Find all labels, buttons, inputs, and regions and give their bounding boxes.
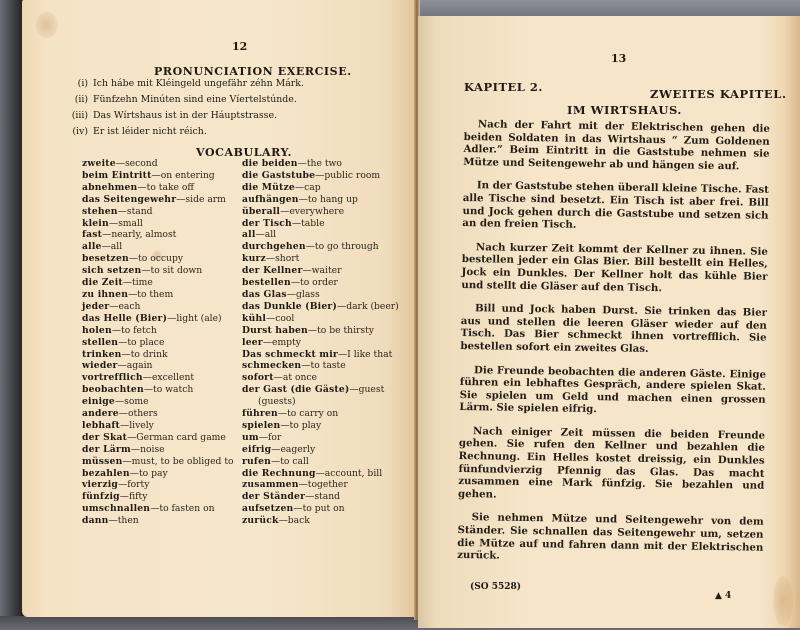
vocab-german: stehen (82, 206, 118, 217)
vocab-english: waiter (312, 265, 342, 276)
vocab-english: to go through (315, 241, 379, 252)
vocab-german: vortrefflich (82, 372, 143, 383)
story-text: Nach der Fahrt mit der Elektrischen gehe… (457, 118, 770, 578)
vocab-entry: der Lärm—noise (82, 444, 234, 456)
vocab-separator: — (143, 372, 152, 383)
vocab-english: together (308, 479, 348, 490)
story-paragraph: Sie nehmen Mütze und Seitengewehr von de… (457, 511, 764, 566)
vocab-separator: — (349, 384, 358, 395)
vocab-english-continued: (guests) (242, 396, 399, 408)
vocab-entry: der Gast (die Gäste)—guest(guests) (242, 384, 399, 408)
vocab-entry: rufen—to call (242, 456, 399, 468)
vocab-german: fünfzig (82, 491, 120, 502)
vocab-entry: Das schmeckt mir—I like that (242, 349, 399, 361)
vocabulary-column-1: zweite—secondbeim Eintritt—on enteringab… (82, 158, 234, 527)
vocab-separator: — (109, 218, 118, 229)
vocab-separator: — (302, 265, 311, 276)
vocab-english: time (132, 277, 153, 288)
vocab-entry: eifrig—eagerly (242, 444, 399, 456)
vocab-separator: — (115, 396, 124, 407)
story-paragraph: Nach der Fahrt mit der Elektrischen gehe… (463, 118, 770, 173)
vocab-separator: — (118, 479, 127, 490)
vocab-german: führen (242, 408, 278, 419)
vocab-entry: die Gaststube—public room (242, 170, 399, 182)
vocab-german: aufhängen (242, 194, 299, 205)
vocab-entry: spielen—to play (242, 420, 399, 432)
vocab-entry: das Dunkle (Bier)—dark (beer) (242, 301, 399, 313)
vocab-english: to put on (303, 503, 345, 514)
vocab-entry: der Skat—German card game (82, 432, 234, 444)
vocab-english: table (301, 218, 324, 229)
vocab-separator: — (291, 277, 300, 288)
vocab-english: to call (280, 456, 309, 467)
vocab-separator: — (152, 170, 161, 181)
vocab-german: schmecken (242, 360, 301, 371)
vocab-german: jeder (82, 301, 109, 312)
vocab-separator: — (274, 372, 283, 383)
vocab-english: to taste (311, 360, 346, 371)
vocab-entry: dann—then (82, 515, 234, 527)
vocab-english: to hang up (308, 194, 358, 205)
vocab-german: Durst haben (242, 325, 308, 336)
vocab-separator: — (118, 337, 127, 348)
vocab-entry: bezahlen—to pay (82, 468, 234, 480)
vocab-german: müssen (82, 456, 122, 467)
exercise-number: (ii) (66, 92, 88, 108)
vocab-entry: vortrefflich—excellent (82, 372, 234, 384)
vocab-separator: — (305, 491, 314, 502)
vocab-entry: aufsetzen—to put on (242, 503, 399, 515)
vocab-entry: beobachten—to watch (82, 384, 234, 396)
vocab-english: nearly, almost (111, 229, 176, 240)
vocab-german: die Mütze (242, 182, 295, 193)
vocab-entry: Durst haben—to be thirsty (242, 325, 399, 337)
left-page-number: 12 (232, 40, 247, 53)
backdrop-left (0, 0, 24, 630)
vocab-entry: fast—nearly, almost (82, 229, 234, 241)
exercise-item: (ii) Fünfzehn Minúten sind eine Víertels… (66, 92, 386, 108)
story-title: IM WIRTSHAUS. (567, 103, 682, 117)
vocab-separator: — (287, 289, 296, 300)
vocab-english: cap (304, 182, 321, 193)
vocab-english: to fasten on (159, 503, 214, 514)
vocab-separator: — (120, 491, 129, 502)
vocab-separator: — (109, 515, 118, 526)
vocab-separator: — (144, 384, 153, 395)
vocab-separator: — (128, 289, 137, 300)
vocab-german: aufsetzen (242, 503, 293, 514)
vocab-entry: andere—others (82, 408, 234, 420)
vocab-entry: jeder—each (82, 301, 234, 313)
exercise-text: Ich hábe mit Kléingeld ungefähr zéhn Már… (93, 76, 304, 92)
signature-mark: ▲ 4 (715, 591, 731, 601)
vocab-separator: — (337, 301, 346, 312)
vocab-english: forty (127, 479, 149, 490)
vocab-entry: zusammen—together (242, 479, 399, 491)
vocab-entry: bestellen—to order (242, 277, 399, 289)
vocab-separator: — (118, 206, 127, 217)
vocab-english: for (268, 432, 281, 443)
right-page-number: 13 (611, 52, 626, 65)
vocab-entry: führen—to carry on (242, 408, 399, 420)
vocab-german: eifrig (242, 444, 271, 455)
print-code: (SO 5528) (470, 582, 521, 592)
vocab-entry: die Mütze—cap (242, 182, 399, 194)
vocab-separator: — (127, 432, 136, 443)
vocab-entry: die Rechnung—account, bill (242, 468, 399, 480)
vocab-german: spielen (242, 420, 280, 431)
vocab-english: to order (300, 277, 338, 288)
vocab-english: to pay (139, 468, 168, 479)
exercise-item: (iv) Er ist léider nicht réich. (66, 124, 386, 140)
vocab-entry: abnehmen—to take off (82, 182, 234, 194)
vocab-separator: — (141, 265, 150, 276)
vocab-entry: holen—to fetch (82, 325, 234, 337)
vocab-separator: — (150, 503, 159, 514)
vocab-separator: — (298, 158, 307, 169)
vocab-separator: — (259, 432, 268, 443)
vocab-german: sofort (242, 372, 274, 383)
vocab-separator: — (316, 468, 325, 479)
exercise-text: Fünfzehn Minúten sind eine Víertelstúnde… (93, 92, 297, 108)
story-paragraph: Nach kurzer Zeit kommt der Kellner zu ih… (461, 241, 768, 296)
vocab-english: fifty (129, 491, 147, 502)
vocab-english: back (288, 515, 310, 526)
vocab-entry: kurz—short (242, 253, 399, 265)
vocab-separator: — (130, 468, 139, 479)
vocab-english: to occupy (138, 253, 183, 264)
vocab-separator: — (122, 349, 131, 360)
vocab-separator: — (256, 229, 265, 240)
vocab-german: die beiden (242, 158, 298, 169)
vocab-german: klein (82, 218, 109, 229)
vocab-entry: kühl—cool (242, 313, 399, 325)
vocab-separator: — (315, 170, 324, 181)
vocab-english: to watch (153, 384, 193, 395)
vocab-german: einige (82, 396, 115, 407)
vocab-english: stand (314, 491, 340, 502)
vocab-separator: — (292, 218, 301, 229)
chapter-label: KAPITEL 2. (464, 80, 543, 94)
vocab-german: bezahlen (82, 468, 130, 479)
vocab-separator: — (295, 182, 304, 193)
vocab-german: dann (82, 515, 109, 526)
vocab-english: at once (283, 372, 317, 383)
vocab-german: durchgehen (242, 241, 306, 252)
vocab-entry: sich setzen—to sit down (82, 265, 234, 277)
exercise-text: Das Wírtshaus ist in der Háuptstrasse. (93, 108, 277, 124)
pronunciation-exercise-list: (i) Ich hábe mit Kléingeld ungefähr zéhn… (66, 76, 386, 140)
vocab-german: der Kellner (242, 265, 302, 276)
vocab-german: lebhaft (82, 420, 120, 431)
vocab-english: light (ale) (176, 313, 221, 324)
vocab-german: der Skat (82, 432, 127, 443)
vocab-german: der Ständer (242, 491, 305, 502)
vocab-german: trinken (82, 349, 122, 360)
vocab-english: empty (272, 337, 301, 348)
exercise-number: (iii) (66, 108, 88, 124)
vocab-english: to drink (131, 349, 168, 360)
vocab-english: to place (127, 337, 164, 348)
vocab-german: der Tisch (242, 218, 292, 229)
vocab-separator: — (271, 456, 280, 467)
vocab-german: beim Eintritt (82, 170, 152, 181)
vocab-english: some (124, 396, 148, 407)
vocab-english: then (118, 515, 139, 526)
vocab-separator: — (167, 313, 176, 324)
vocab-english: to be thirsty (317, 325, 374, 336)
vocab-separator: — (116, 158, 125, 169)
vocab-german: umschnallen (82, 503, 150, 514)
chapter-german-title: ZWEITES KAPITEL. (650, 87, 787, 101)
vocab-entry: aufhängen—to hang up (242, 194, 399, 206)
paper-stain (36, 12, 58, 38)
vocab-english: everywhere (289, 206, 344, 217)
vocab-german: bestellen (242, 277, 291, 288)
vocab-german: abnehmen (82, 182, 137, 193)
vocab-separator: — (338, 349, 347, 360)
vocab-german: wieder (82, 360, 118, 371)
vocab-english: the two (307, 158, 342, 169)
vocab-separator: — (102, 241, 111, 252)
vocab-separator: — (131, 444, 140, 455)
vocab-german: überall (242, 206, 280, 217)
vocab-entry: lebhaft—lively (82, 420, 234, 432)
vocab-german: alle (82, 241, 102, 252)
vocab-german: vierzig (82, 479, 118, 490)
vocab-german: der Lärm (82, 444, 131, 455)
vocab-english: to carry on (287, 408, 338, 419)
vocab-english: all (265, 229, 276, 240)
vocab-german: der Gast (die Gäste) (242, 384, 349, 395)
vocab-entry: besetzen—to occupy (82, 253, 234, 265)
vocab-english: eagerly (280, 444, 315, 455)
vocab-english: side arm (185, 194, 225, 205)
vocab-separator: — (120, 420, 129, 431)
vocab-entry: der Tisch—table (242, 218, 399, 230)
vocab-english: lively (129, 420, 154, 431)
vocab-entry: all—all (242, 229, 399, 241)
vocab-entry: trinken—to drink (82, 349, 234, 361)
vocab-separator: — (308, 325, 317, 336)
vocab-english: others (128, 408, 158, 419)
vocab-german: kurz (242, 253, 266, 264)
paper-stain (773, 576, 793, 626)
vocab-german: fast (82, 229, 102, 240)
vocab-entry: schmecken—to taste (242, 360, 399, 372)
exercise-item: (i) Ich hábe mit Kléingeld ungefähr zéhn… (66, 76, 386, 92)
vocab-entry: das Seitengewehr—side arm (82, 194, 234, 206)
vocab-german: zusammen (242, 479, 299, 490)
vocab-english: glass (296, 289, 320, 300)
vocab-german: die Zeit (82, 277, 123, 288)
vocab-separator: — (137, 182, 146, 193)
vocab-english: to take off (147, 182, 194, 193)
vocab-separator: — (299, 479, 308, 490)
vocab-german: zurück (242, 515, 279, 526)
vocab-german: das Dunkle (Bier) (242, 301, 337, 312)
vocab-english: all (111, 241, 122, 252)
vocab-separator: — (129, 253, 138, 264)
vocab-german: das Seitengewehr (82, 194, 176, 205)
vocab-english: to play (290, 420, 322, 431)
vocab-entry: sofort—at once (242, 372, 399, 384)
vocab-english: account, bill (325, 468, 382, 479)
vocab-entry: zweite—second (82, 158, 234, 170)
vocab-entry: das Glas—glass (242, 289, 399, 301)
vocab-separator: — (280, 206, 289, 217)
vocab-entry: einige—some (82, 396, 234, 408)
vocab-separator: — (293, 503, 302, 514)
vocab-german: leer (242, 337, 263, 348)
vocab-german: zu ihnen (82, 289, 128, 300)
vocab-english: second (125, 158, 158, 169)
vocab-english: on entering (161, 170, 215, 181)
vocab-entry: stehen—stand (82, 206, 234, 218)
vocab-entry: müssen—must, to be obliged to (82, 456, 234, 468)
vocab-entry: umschnallen—to fasten on (82, 503, 234, 515)
vocab-separator: — (278, 408, 287, 419)
vocab-separator: — (279, 515, 288, 526)
vocab-english: guest (359, 384, 385, 395)
vocab-english: German card game (136, 432, 226, 443)
vocab-entry: alle—all (82, 241, 234, 253)
vocab-german: sich setzen (82, 265, 141, 276)
exercise-item: (iii) Das Wírtshaus ist in der Háuptstra… (66, 108, 386, 124)
vocab-german: kühl (242, 313, 266, 324)
vocab-german: rufen (242, 456, 271, 467)
vocab-english: cool (275, 313, 294, 324)
vocab-english: to fetch (121, 325, 157, 336)
vocab-separator: — (263, 337, 272, 348)
exercise-number: (iv) (66, 124, 88, 140)
exercise-text: Er ist léider nicht réich. (93, 124, 207, 140)
vocab-separator: — (112, 325, 121, 336)
vocab-german: zweite (82, 158, 116, 169)
story-paragraph: Nach einiger Zeit müssen die beiden Freu… (458, 425, 765, 505)
vocab-entry: durchgehen—to go through (242, 241, 399, 253)
vocab-english: each (118, 301, 140, 312)
vocab-entry: um—for (242, 432, 399, 444)
vocab-english: I like that (347, 349, 392, 360)
vocab-separator: — (266, 313, 275, 324)
vocab-entry: leer—empty (242, 337, 399, 349)
vocab-german: besetzen (82, 253, 129, 264)
vocab-english: noise (140, 444, 165, 455)
vocab-english: excellent (152, 372, 194, 383)
vocab-separator: — (102, 229, 111, 240)
vocab-entry: die Zeit—time (82, 277, 234, 289)
vocab-german: holen (82, 325, 112, 336)
vocab-separator: — (122, 456, 131, 467)
vocab-english: to sit down (151, 265, 203, 276)
vocab-english: again (127, 360, 153, 371)
vocab-german: Das schmeckt mir (242, 349, 338, 360)
vocab-german: das Glas (242, 289, 287, 300)
story-paragraph: In der Gaststube stehen überall kleine T… (462, 179, 769, 234)
vocab-entry: der Ständer—stand (242, 491, 399, 503)
vocab-entry: zurück—back (242, 515, 399, 527)
vocab-german: das Helle (Bier) (82, 313, 167, 324)
vocab-separator: — (280, 420, 289, 431)
vocab-entry: der Kellner—waiter (242, 265, 399, 277)
vocab-separator: — (123, 277, 132, 288)
vocab-german: die Gaststube (242, 170, 315, 181)
vocab-german: all (242, 229, 256, 240)
vocab-separator: — (299, 194, 308, 205)
vocab-entry: klein—small (82, 218, 234, 230)
vocab-entry: stellen—to place (82, 337, 234, 349)
vocab-separator: — (266, 253, 275, 264)
vocab-english: public room (324, 170, 380, 181)
vocab-entry: überall—everywhere (242, 206, 399, 218)
vocab-english: stand (127, 206, 153, 217)
vocab-entry: beim Eintritt—on entering (82, 170, 234, 182)
vocabulary-column-2: die beiden—the twodie Gaststube—public r… (242, 158, 399, 527)
vocab-german: stellen (82, 337, 118, 348)
vocab-english: short (275, 253, 299, 264)
vocab-english: to them (137, 289, 173, 300)
vocab-german: beobachten (82, 384, 144, 395)
vocab-english: small (118, 218, 143, 229)
vocab-entry: die beiden—the two (242, 158, 399, 170)
vocab-german: um (242, 432, 259, 443)
vocab-separator: — (118, 360, 127, 371)
exercise-number: (i) (66, 76, 88, 92)
story-paragraph: Die Freunde beobachten die anderen Gäste… (459, 363, 766, 418)
story-paragraph: Bill und Jock haben Durst. Sie trinken d… (460, 302, 767, 357)
vocab-entry: wieder—again (82, 360, 234, 372)
vocab-entry: vierzig—forty (82, 479, 234, 491)
vocab-entry: das Helle (Bier)—light (ale) (82, 313, 234, 325)
vocab-german: die Rechnung (242, 468, 316, 479)
vocab-english: dark (beer) (346, 301, 399, 312)
vocab-entry: zu ihnen—to them (82, 289, 234, 301)
vocab-separator: — (301, 360, 310, 371)
vocab-german: andere (82, 408, 119, 419)
vocab-english: must, to be obliged to (132, 456, 234, 467)
vocab-entry: fünfzig—fifty (82, 491, 234, 503)
vocab-separator: — (119, 408, 128, 419)
vocab-separator: — (306, 241, 315, 252)
